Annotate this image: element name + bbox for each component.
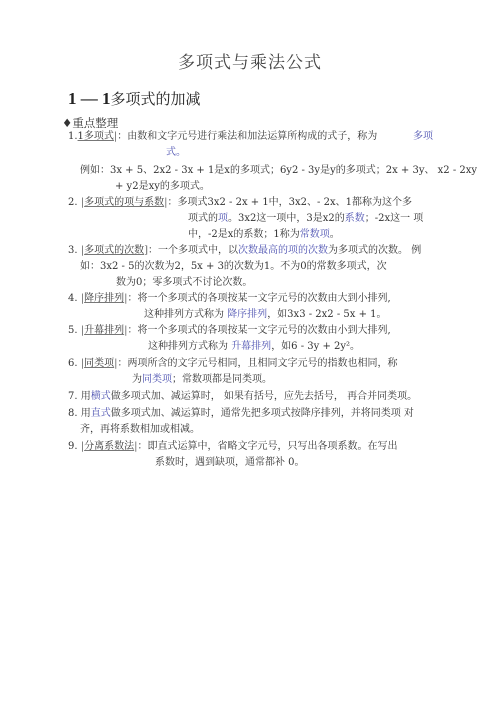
term-3: 多项式的次数 xyxy=(84,245,144,256)
item-5-line-1: 5. |升幕排列|：将一个多项式的各项按某一文字元号的次数由小到大排列, xyxy=(68,324,391,338)
text: 中，-2是x的系数；1称为 xyxy=(188,229,300,240)
term-5: 升幕排列 xyxy=(84,325,124,336)
highlight-like-terms: 同类项 xyxy=(142,374,172,385)
item-6-line-1: 6. |同类项|：两项所含的文字元号相同，且相同文字元号的指数也相同，称 xyxy=(68,357,397,371)
text: 。3x2这一项中，3是x2的 xyxy=(228,213,345,224)
highlight-ascending: 升幕排列 xyxy=(231,341,271,352)
term-6: 同类项 xyxy=(84,358,114,369)
text: ：将一个多项式的各项按某一文字元号的次数由大到小排列, xyxy=(127,293,390,304)
term-4: 降序排列 xyxy=(84,293,124,304)
term-1: 1多项式 xyxy=(78,131,114,142)
text: 这种排列方式称为 xyxy=(148,341,231,352)
text: ，如3x3 - 2x2 - 5x + 1。 xyxy=(267,309,386,320)
text: 。 xyxy=(330,229,340,240)
term-9: 分离系数法 xyxy=(84,441,134,452)
highlight-changshuxiang: 常数项 xyxy=(300,229,330,240)
item-8-line-1: 8. 用直式做多项式加、减运算时，通常先把多项式按降序排列，并将同类项 对 xyxy=(68,407,414,421)
text: ；-2x这一 项 xyxy=(365,213,424,224)
subsection-heading: ♦重点整理 xyxy=(62,115,118,131)
section-heading: 1 — 1多项式的加减 xyxy=(68,88,201,109)
page-title: 多项式与乘法公式 xyxy=(0,48,500,73)
text: ：即直式运算中，省略文字元号，只写出各项系数。在写出 xyxy=(137,441,397,452)
highlight-duoxiang: 多项 xyxy=(413,130,433,144)
item-1-line-2: 式。 xyxy=(166,146,186,160)
text: 项式的 xyxy=(188,213,218,224)
highlight-xiang: 项 xyxy=(218,213,228,224)
term-2: 多项式的项与系数 xyxy=(84,197,164,208)
text: 做多项式加、减运算时， 如果有括号，应先去括号， 再合并同类项。 xyxy=(111,391,417,402)
text: ；常数项都是同类项。 xyxy=(172,374,272,385)
text: ：将一个多项式的各项按某一文字元号的次数由小到大排列, xyxy=(127,325,390,336)
item-7-line-1: 7. 用横式做多项式加、减运算时， 如果有括号，应先去括号， 再合并同类项。 xyxy=(68,390,417,404)
item-1-line-1: 1.1多项式|：由数和文字元号进行乘法和加法运算所构成的式子，称为 xyxy=(68,130,377,144)
item-5-line-2: 这种排列方式称为 升幕排列，如6 - 3y + 2y²。 xyxy=(148,340,360,354)
text: ：一个多项式中，以 xyxy=(148,245,238,256)
section-number: 1 — 1 xyxy=(68,89,111,108)
text: 7. 用 xyxy=(68,391,91,402)
text: 为多项式的次数。 例 xyxy=(328,245,421,256)
example-line-1: 例如：3x + 5、2x2 - 3x + 1是x的多项式；6y2 - 3y是y的… xyxy=(80,164,477,178)
text: 做多项式加、减运算时，通常先把多项式按降序排列，并将同类项 对 xyxy=(111,408,414,419)
diamond-bullet-icon: ♦ xyxy=(62,116,72,130)
text: ：多项式3x2 - 2x + 1中，3x2、- 2x、1都称为这个多 xyxy=(167,197,412,208)
item-2-line-1: 2. |多项式的项与系数|：多项式3x2 - 2x + 1中，3x2、- 2x、… xyxy=(68,196,412,210)
highlight-degree: 次数最高的项的次数 xyxy=(238,245,328,256)
item-9-line-2: 系数时，遇到缺项，通常都补 0。 xyxy=(155,456,305,470)
item-2-line-3: 中，-2是x的系数；1称为常数项。 xyxy=(188,228,340,242)
section-label: 多项式的加减 xyxy=(111,90,201,108)
item-4-line-1: 4. |降序排列|：将一个多项式的各项按某一文字元号的次数由大到小排列, xyxy=(68,292,391,306)
example-line-2: + y2是xy的多项式。 xyxy=(115,180,210,194)
item-8-line-2: 齐，再将系数相加或相减。 xyxy=(80,423,200,437)
item-4-line-2: 这种排列方式称为 降序排列，如3x3 - 2x2 - 5x + 1。 xyxy=(144,308,387,322)
highlight-zhishi: 直式 xyxy=(91,408,111,419)
item-6-line-2: 为同类项；常数项都是同类项。 xyxy=(132,373,272,387)
item-2-line-2: 项式的项。3x2这一项中，3是x2的系数；-2x这一 项 xyxy=(188,212,423,226)
text: ，如6 - 3y + 2y²。 xyxy=(271,341,360,352)
text: ：由数和文字元号进行乘法和加法运算所构成的式子，称为 xyxy=(117,131,377,142)
subsection-label: 重点整理 xyxy=(72,116,118,130)
text: 为 xyxy=(132,374,142,385)
highlight-hengshi: 横式 xyxy=(91,391,111,402)
text: 8. 用 xyxy=(68,408,91,419)
item-9-line-1: 9. |分离系数法|：即直式运算中，省略文字元号，只写出各项系数。在写出 xyxy=(68,440,397,454)
highlight-descending: 降序排列 xyxy=(227,309,267,320)
item-3-line-2: 如：3x2 - 5的次数为2，5x + 3的次数为1。不为0的常数多项式，次 xyxy=(80,260,387,274)
item-3-line-3: 数为0；零多项式不讨论次数。 xyxy=(116,276,252,290)
item-3-line-1: 3. |多项式的次数]：一个多项式中，以次数最高的项的次数为多项式的次数。 例 xyxy=(68,244,421,258)
highlight-xishu: 系数 xyxy=(345,213,365,224)
text: ：两项所含的文字元号相同，且相同文字元号的指数也相同，称 xyxy=(117,358,397,369)
text: 这种排列方式称为 xyxy=(144,309,227,320)
